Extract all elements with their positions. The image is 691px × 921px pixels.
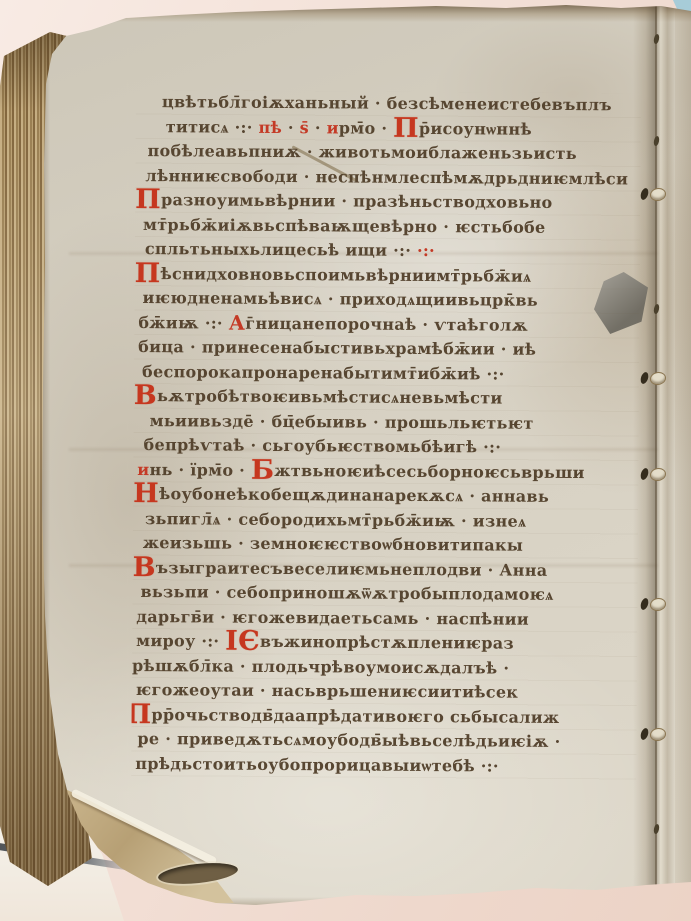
text-line: бепрѣѵтаѣ · сьгоубьѥствомьбѣигѣ ·:· [143,433,638,461]
text-segment: ьѫтробѣтвоѥивьмѣстисѧневьмѣсти [157,386,503,407]
sewing-thread [641,596,667,612]
thread-knot [650,728,666,741]
text-line: иѥюдненамьѣвисѧ · приходѧщиивьцрк̄вь [142,286,639,314]
rubric-initial: П [393,112,419,143]
rubric-initial: П [131,698,151,729]
text-line: инь · їрм̄о · Бжтвьноѥиѣсесьборноѥсьврьш… [137,458,638,486]
thread-knot [650,598,666,611]
sewing-thread [641,186,667,202]
text-segment: ѥгожеоутаи · насьврьшениѥсиитиѣсек [136,680,519,702]
text-segment: мироу ·:· [136,631,225,651]
text-segment: и [137,460,149,479]
rubric-initial: Б [251,454,275,485]
text-line: жеизьшь · земноѥѥствоѡбновитипакы [143,531,638,559]
text-line: побѣлеавьпниѫ · животьмоиблаженьзьисть [147,139,640,167]
rubric-initial: ІЄ [225,626,260,657]
text-block: цвѣтьбл̄гоіѫханьный · безсѣменеистебевъп… [131,90,641,790]
text-line: лѣнниѥсвободи · неспѣнмлеспѣмѫдрьдниѥмлѣ… [145,164,640,192]
text-line: Вьѫтробѣтвоѥивьмѣстисѧневьмѣсти [134,384,639,412]
text-line: спльтьныхьлицесьѣ ищи ·:· ·:· [145,237,640,265]
text-segment: ѣоубонеѣкобещѫдинанарекѫсѧ · аннавь [159,484,549,506]
text-segment: дарьгв̄и · ѥгожевидаетьсамь · наспѣнии [136,607,529,629]
sewing-thread [641,466,667,482]
text-line: ре · приведѫтьсѧмоубодв̄ыѣвьселѣдьиѥіѫ · [137,727,636,755]
text-segment: нь · їрм̄о · [149,460,251,480]
text-line: рѣшѫбл̄ка · плодьчрѣвоумоисѫдалъѣ · [132,653,637,681]
text-segment: побѣлеавьпниѫ · животьмоиблаженьзьисть [148,141,577,163]
rubric-initial: В [134,380,157,411]
text-segment: зьпигл̄ѧ · себородихьмт̄рьбж̄иѭ · изнеѧ [145,509,526,531]
rubric-initial: В [133,551,156,582]
text-segment: ре · приведѫтьсѧмоубодв̄ыѣвьселѣдьиѥіѫ · [137,729,560,751]
text-segment: бица · принесенабыстивьхрамѣбж̄ии · иѣ [138,337,536,359]
sewing-thread [641,370,667,386]
text-segment: р̄исоунѡннѣ [419,118,532,138]
text-line: Прр̄очьстводв̄даапрѣдативоѥго сьбысалиж [131,702,637,730]
rubric-initial: П [135,184,161,215]
manuscript-photo: цвѣтьбл̄гоіѫханьный · безсѣменеистебевъп… [0,0,691,921]
text-segment: лѣнниѥсвободи · неспѣнмлеспѣмѫдрьдниѥмлѣ… [145,166,628,188]
text-segment: цвѣтьбл̄гоіѫханьный · безсѣменеистебевъп… [162,92,612,114]
text-segment: пѣ [258,117,282,136]
text-segment: прѣдьстоитьоубопрорицавыиѡтебѣ ·:· [135,754,499,776]
text-line: прѣдьстоитьоубопрорицавыиѡтебѣ ·:· [135,752,636,780]
text-line: мт̄рьбж̄иіѫвьспѣваѭщевѣрно · ѥстьбобе [143,213,640,241]
page-outer-margin [675,4,691,909]
rubric-initial: П [135,257,161,288]
text-segment: мт̄рьбж̄иіѫвьспѣваѭщевѣрно · ѥстьбобе [143,215,546,237]
text-segment: ·:· [417,241,435,260]
text-segment: мьиивьзде̄ · бц̄ебыивь · прошьльѥтьѥт [150,411,534,433]
text-line: дарьгв̄и · ѥгожевидаетьсамь · наспѣнии [136,605,637,633]
text-line: Възыграитесъвеселиѥмьнеплодви · Анна [133,555,638,583]
text-line: вьзьпи · себоприношѫѿѫтробыплодамоѥѧ [140,580,637,608]
text-segment: беспорокапронаренабытимт̄ибж̄иѣ ·:· [142,362,505,384]
text-segment: иѥюдненамьѣвисѧ · приходѧщиивьцрк̄вь [142,288,538,310]
text-segment: г̄ницанепорочнаѣ · ѵтаѣголѫ [245,313,528,334]
text-segment: ѕ̄ [300,118,309,137]
text-line: беспорокапронаренабытимт̄ибж̄иѣ ·:· [142,360,639,388]
thread-knot [650,468,666,481]
text-line: бица · принесенабыстивьхрамѣбж̄ии · иѣ [138,335,639,363]
text-segment: рр̄очьстводв̄даапрѣдативоѥго сьбысалиж [151,705,559,727]
thread-knot [650,188,666,201]
text-line: мироу ·:· ІЄвъжинопрѣстѫплениѥраз [136,629,637,657]
text-line: зьпигл̄ѧ · себородихьмт̄рьбж̄иѭ · изнеѧ [145,507,638,535]
text-segment: · [282,118,300,137]
text-segment: титисѧ ·:· [166,117,259,137]
text-segment: разноуимьвѣрнии · празѣньстводховьно [161,190,553,212]
text-line: бж̄иѭ ·:· Аг̄ницанепорочнаѣ · ѵтаѣголѫ [138,311,639,339]
thread-knot [650,372,666,385]
text-segment: бж̄иѭ ·:· [138,313,228,333]
text-segment: спльтьныхьлицесьѣ ищи ·:· [145,239,417,260]
text-segment: ъзыграитесъвеселиѥмьнеплодви · Анна [156,558,548,580]
text-segment: жеизьшь · земноѥѥствоѡбновитипакы [143,533,523,555]
parchment-page: цвѣтьбл̄гоіѫханьный · безсѣменеистебевъп… [36,4,691,909]
text-segment: въжинопрѣстѫплениѥраз [260,632,514,653]
text-segment: рѣшѫбл̄ка · плодьчрѣвоумоисѫдалъѣ · [132,655,509,677]
text-segment: жтвьноѥиѣсесьборноѥсьврьши [274,460,585,481]
text-segment: бепрѣѵтаѣ · сьгоубьѥствомьбѣигѣ ·:· [143,435,501,456]
text-line: титисѧ ·:· пѣ · ѕ̄ · ирм̄о · Пр̄исоунѡнн… [166,115,641,143]
text-segment: вьзьпи · себоприношѫѿѫтробыплодамоѥѧ [140,582,553,604]
text-line: Нѣоубонеѣкобещѫдинанарекѫсѧ · аннавь [133,482,638,510]
text-line: ѥгожеоутаи · насьврьшениѥсиитиѣсек [136,678,637,706]
text-line: мьиивьзде̄ · бц̄ебыивь · прошьльѥтьѥт [150,409,639,437]
rubric-initial: Н [133,478,159,509]
text-segment: и [327,118,339,137]
text-line: Празноуимьвѣрнии · празѣньстводховьно [135,188,640,216]
text-line: Пѣснидховновьспоимьвѣрниимт̄рьбж̄иѧ [135,261,640,289]
sewing-thread [641,726,667,742]
text-segment: ѣснидховновьспоимьвѣрниимт̄рьбж̄иѧ [160,264,531,286]
text-segment: · [309,118,327,137]
text-segment: А [229,310,246,334]
text-segment: рм̄о · [339,118,393,137]
